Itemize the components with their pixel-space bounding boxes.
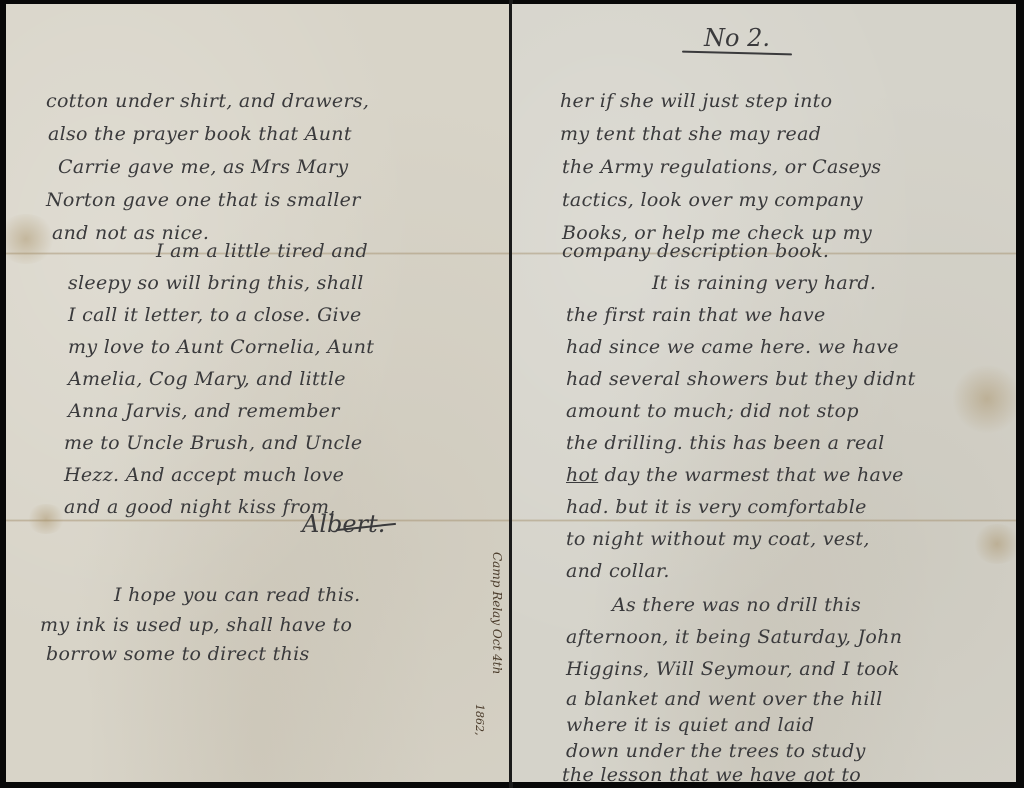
letter-line: company description book. <box>562 242 829 261</box>
letter-line: me to Uncle Brush, and Uncle <box>64 434 362 453</box>
letter-line: Amelia, Cog Mary, and little <box>68 370 346 389</box>
letter-line: had since we came here. we have <box>566 338 899 357</box>
letter-line: Hezz. And accept much love <box>64 466 344 485</box>
letter-line: Norton gave one that is smaller <box>46 191 361 210</box>
letter-line: and collar. <box>566 562 670 581</box>
letter-line: to night without my coat, vest, <box>566 530 870 549</box>
letter-line: sleepy so will bring this, shall <box>68 274 364 293</box>
page-number-heading: No 2. <box>704 24 770 52</box>
letter-line: cotton under shirt, and drawers, <box>46 92 369 111</box>
letter-line: Anna Jarvis, and remember <box>68 402 340 421</box>
letter-line: and a good night kiss from, <box>64 498 336 517</box>
postscript-line: my ink is used up, shall have to <box>40 616 352 635</box>
letter-line: my tent that she may read <box>560 125 821 144</box>
letter-line: Higgins, Will Seymour, and I took <box>566 660 900 679</box>
signature: Albert. <box>302 510 385 538</box>
fold-crease <box>6 519 510 522</box>
letter-line: hot day the warmest that we have <box>566 466 904 485</box>
letter-line: I call it letter, to a close. Give <box>68 306 362 325</box>
letter-line: It is raining very hard. <box>652 274 876 293</box>
letter-line: afternoon, it being Saturday, John <box>566 628 902 647</box>
letter-line: As there was no drill this <box>612 596 861 615</box>
letter-line: amount to much; did not stop <box>566 402 859 421</box>
letter-line: the lesson that we have got to <box>562 766 861 782</box>
scanned-letter: cotton under shirt, and drawers, also th… <box>0 0 1024 788</box>
left-page: cotton under shirt, and drawers, also th… <box>6 4 510 782</box>
right-page: No 2. her if she will just step into my … <box>512 4 1016 782</box>
letter-line: the drilling. this has been a real <box>566 434 885 453</box>
letter-line: a blanket and went over the hill <box>566 690 883 709</box>
letter-line: where it is quiet and laid <box>566 716 814 735</box>
letter-line: the Army regulations, or Caseys <box>562 158 881 177</box>
postscript-line: borrow some to direct this <box>46 645 310 664</box>
postscript-line: I hope you can read this. <box>114 586 360 605</box>
letter-line: I am a little tired and <box>156 242 368 261</box>
letter-line: also the prayer book that Aunt <box>48 125 352 144</box>
paper-stain <box>26 504 66 534</box>
fold-crease <box>512 519 1016 522</box>
margin-note-year: 1862, <box>473 704 486 736</box>
letter-line: down under the trees to study <box>566 742 866 761</box>
letter-line: her if she will just step into <box>560 92 832 111</box>
letter-line: had. but it is very comfortable <box>566 498 867 517</box>
paper-stain <box>972 524 1016 564</box>
margin-note-place-date: Camp Relay Oct 4th <box>490 552 504 674</box>
letter-line: tactics, look over my company <box>562 191 863 210</box>
letter-line: had several showers but they didnt <box>566 370 916 389</box>
letter-line: Carrie gave me, as Mrs Mary <box>58 158 348 177</box>
letter-line: the first rain that we have <box>566 306 826 325</box>
underlined-word: hot <box>566 464 598 486</box>
letter-line: my love to Aunt Cornelia, Aunt <box>68 338 374 357</box>
paper-stain <box>952 364 1016 434</box>
heading-underline <box>682 51 792 56</box>
paper-stain <box>6 214 56 264</box>
